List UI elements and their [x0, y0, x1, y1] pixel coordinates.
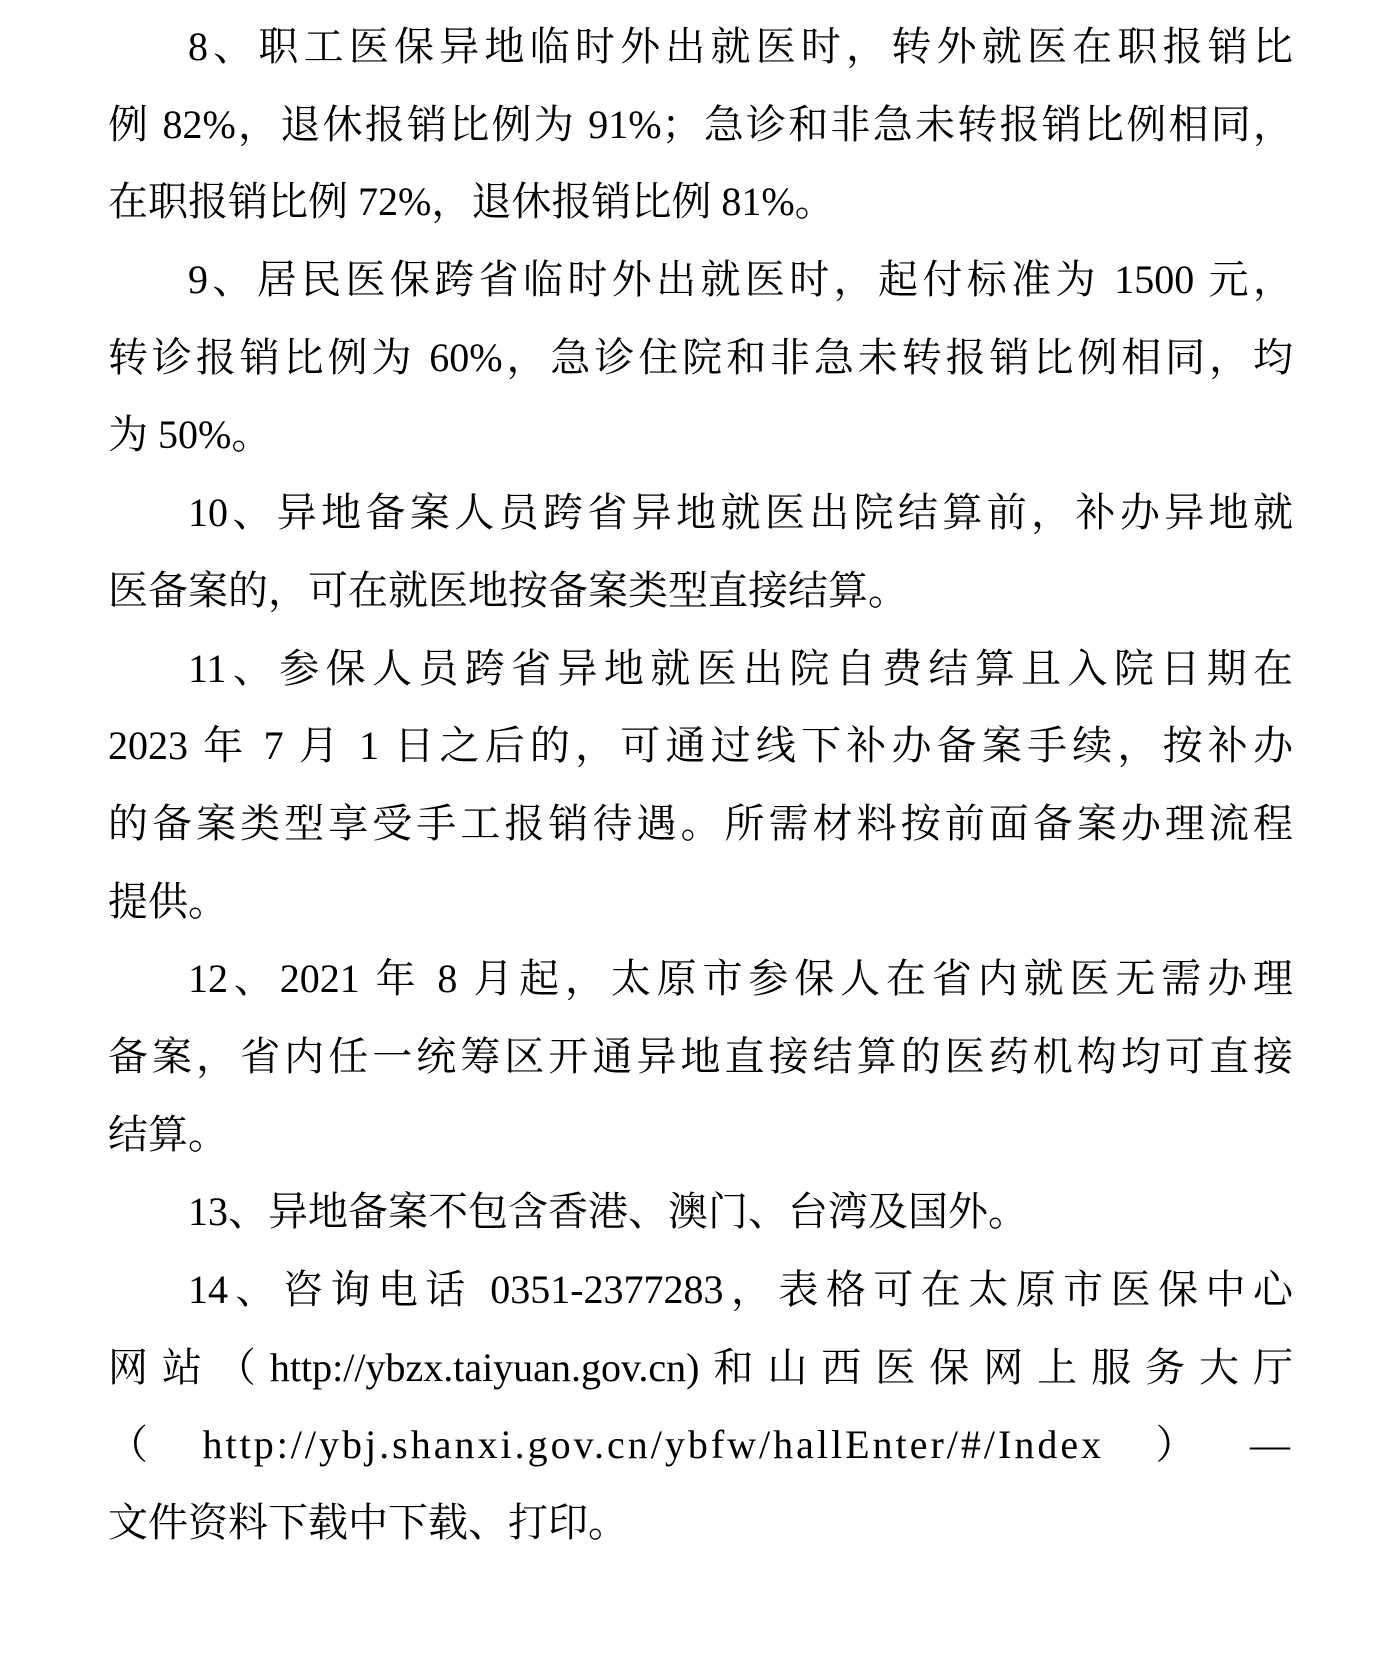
- text-line: 2023 年 7 月 1 日之后的，可通过线下补办备案手续，按补办: [108, 707, 1293, 785]
- text-line: 文件资料下载中下载、打印。: [108, 1484, 1293, 1562]
- paragraph-item-13: 13、异地备案不包含香港、澳门、台湾及国外。: [108, 1173, 1293, 1251]
- text-line: 12、2021 年 8 月起，太原市参保人在省内就医无需办理: [108, 940, 1293, 1018]
- paragraph-item-12: 12、2021 年 8 月起，太原市参保人在省内就医无需办理 备案，省内任一统筹…: [108, 940, 1293, 1173]
- paragraph-item-9: 9、居民医保跨省临时外出就医时，起付标准为 1500 元， 转诊报销比例为 60…: [108, 241, 1293, 474]
- text-line: 备案，省内任一统筹区开通异地直接结算的医药机构均可直接: [108, 1018, 1293, 1096]
- text-line: 转诊报销比例为 60%，急诊住院和非急未转报销比例相同，均: [108, 319, 1293, 397]
- text-line: 的备案类型享受手工报销待遇。所需材料按前面备案办理流程: [108, 785, 1293, 863]
- text-line-url: （http://ybj.shanxi.gov.cn/ybfw/hallEnter…: [108, 1406, 1293, 1484]
- text-line: 为 50%。: [108, 396, 1293, 474]
- text-line: 14、咨询电话 0351-2377283，表格可在太原市医保中心: [108, 1251, 1293, 1329]
- text-line: 8、职工医保异地临时外出就医时，转外就医在职报销比: [108, 8, 1293, 86]
- text-line: 结算。: [108, 1096, 1293, 1174]
- text-line: 13、异地备案不包含香港、澳门、台湾及国外。: [108, 1173, 1293, 1251]
- paragraph-item-11: 11、参保人员跨省异地就医出院自费结算且入院日期在 2023 年 7 月 1 日…: [108, 630, 1293, 941]
- text-line: 9、居民医保跨省临时外出就医时，起付标准为 1500 元，: [108, 241, 1293, 319]
- text-line: 提供。: [108, 863, 1293, 941]
- paragraph-item-14: 14、咨询电话 0351-2377283，表格可在太原市医保中心 网站（http…: [108, 1251, 1293, 1562]
- text-line: 网站（http://ybzx.taiyuan.gov.cn)和山西医保网上服务大…: [108, 1329, 1293, 1407]
- paragraph-item-10: 10、异地备案人员跨省异地就医出院结算前，补办异地就 医备案的，可在就医地按备案…: [108, 474, 1293, 629]
- document-body: 8、职工医保异地临时外出就医时，转外就医在职报销比 例 82%，退休报销比例为 …: [108, 8, 1293, 1562]
- text-line: 在职报销比例 72%，退休报销比例 81%。: [108, 163, 1293, 241]
- text-line: 例 82%，退休报销比例为 91%；急诊和非急未转报销比例相同，: [108, 86, 1293, 164]
- text-line: 10、异地备案人员跨省异地就医出院结算前，补办异地就: [108, 474, 1293, 552]
- paragraph-item-8: 8、职工医保异地临时外出就医时，转外就医在职报销比 例 82%，退休报销比例为 …: [108, 8, 1293, 241]
- text-line: 医备案的，可在就医地按备案类型直接结算。: [108, 552, 1293, 630]
- document-page: 8、职工医保异地临时外出就医时，转外就医在职报销比 例 82%，退休报销比例为 …: [0, 0, 1400, 1680]
- text-line: 11、参保人员跨省异地就医出院自费结算且入院日期在: [108, 630, 1293, 708]
